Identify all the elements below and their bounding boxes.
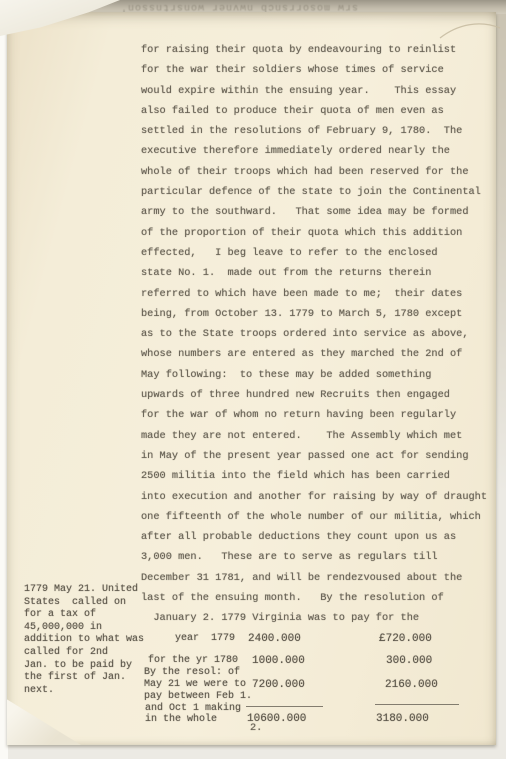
ledger-label: in the whole	[145, 714, 217, 725]
typewritten-body: for raising their quota by endeavouring …	[141, 40, 487, 629]
ledger-sterling: £720.000	[379, 633, 432, 645]
ledger-amount: 7200.000	[252, 679, 305, 691]
ledger-label: By the resol: of	[144, 667, 240, 678]
ledger-label: May 21 we were to	[144, 679, 246, 690]
ledger-amount: 2400.000	[248, 633, 301, 645]
ledger-total-sterling: 3180.000	[376, 713, 429, 725]
ledger-label: and Oct 1 making	[145, 703, 241, 714]
total-rule-left	[246, 706, 323, 707]
scanned-document-page: srw mosorrsncb nwvner wonsrtnsson' for r…	[0, 0, 506, 759]
total-rule-right	[375, 704, 459, 705]
ledger-label: for the yr 1780	[148, 655, 238, 666]
margin-note: 1779 May 21. United States called on for…	[24, 584, 144, 697]
ledger-sterling: 300.000	[386, 655, 432, 667]
ledger-label: pay between Feb 1.	[144, 691, 252, 702]
ledger-label: year 1779	[175, 633, 235, 644]
page-number: 2.	[250, 722, 262, 734]
bleed-through-text: srw mosorrsncb nwvner wonsrtnsson'	[118, 0, 358, 12]
ledger-amount: 1000.000	[252, 655, 305, 667]
ledger-sterling: 2160.000	[385, 679, 438, 691]
